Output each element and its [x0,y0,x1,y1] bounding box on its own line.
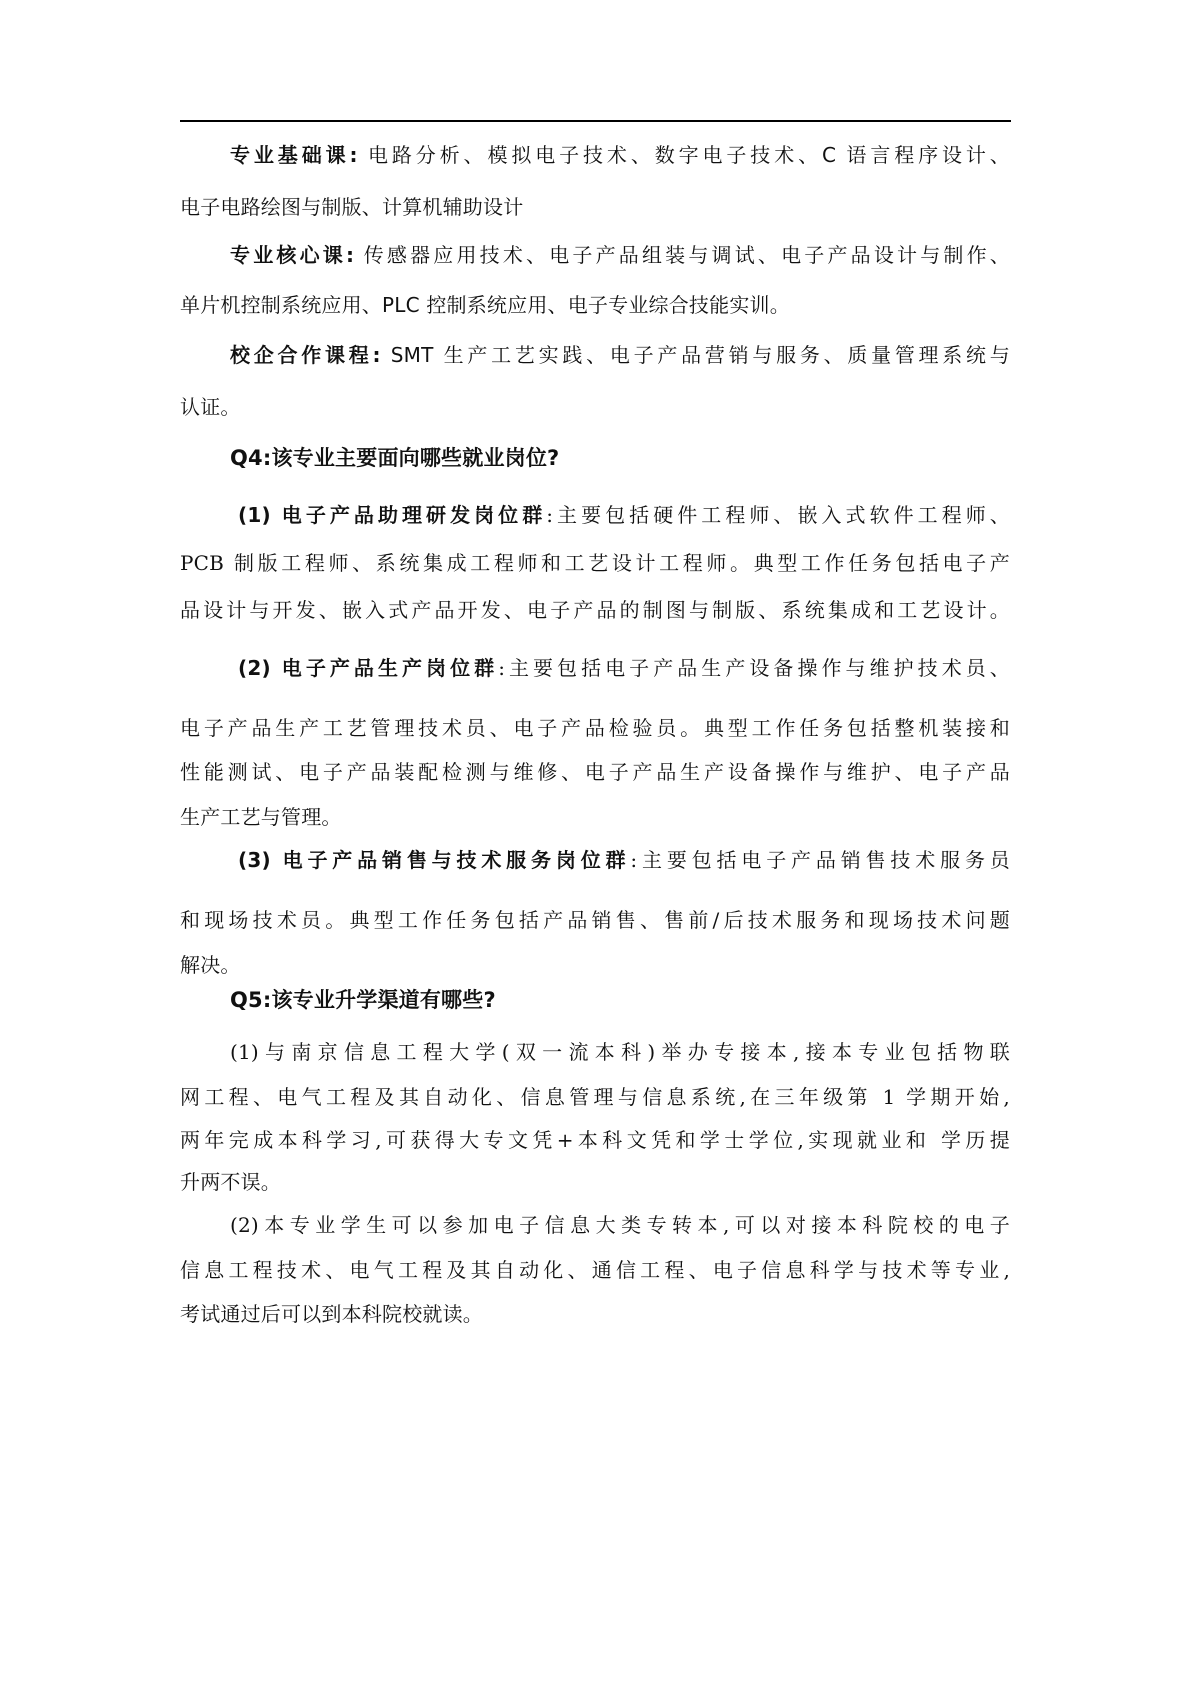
q5-item-1-line-4: 升两不误。 [180,1168,1010,1196]
cooperation-courses-label: 校企合作课程: [230,343,381,367]
q5-item-1-line-1: (1)与南京信息工程大学(双一流本科)举办专接本,接本专业包括物联 [180,1038,1010,1066]
q4-item-2-line-4: 生产工艺与管理。 [180,803,1010,831]
q4-item-3-line-3: 解决。 [180,951,1010,979]
q4-item-1-text: :主要包括硬件工程师、嵌入式软件工程师、 [546,503,1010,527]
document-page: 专业基础课: 电路分析、模拟电子技术、数字电子技术、C 语言程序设计、 电子电路… [0,0,1191,1684]
cooperation-courses-line-1: 校企合作课程: SMT 生产工艺实践、电子产品营销与服务、质量管理系统与 [180,341,1010,369]
q4-item-1-line-3: 品设计与开发、嵌入式产品开发、电子产品的制图与制版、系统集成和工艺设计。 [180,596,1010,624]
core-courses-text: 传感器应用技术、电子产品组装与调试、电子产品设计与制作、 [364,243,1010,267]
foundation-courses-text: 电路分析、模拟电子技术、数字电子技术、C 语言程序设计、 [368,143,1010,167]
header-rule [180,120,1011,122]
q5-heading: Q5:该专业升学渠道有哪些? [180,986,1010,1014]
cooperation-courses-line-2: 认证。 [180,393,1010,421]
q4-item-2-line-2: 电子产品生产工艺管理技术员、电子产品检验员。典型工作任务包括整机装接和 [180,714,1010,742]
q5-item-1-line-3: 两年完成本科学习,可获得大专文凭+本科文凭和学士学位,实现就业和 学历提 [180,1126,1010,1154]
q5-item-2-line-3: 考试通过后可以到本科院校就读。 [180,1300,1010,1328]
q4-item-1-line-1: (1) 电子产品助理研发岗位群:主要包括硬件工程师、嵌入式软件工程师、 [180,501,1010,529]
q4-item-2-label: (2) 电子产品生产岗位群 [238,656,498,680]
q5-item-2-line-2: 信息工程技术、电气工程及其自动化、通信工程、电子信息科学与技术等专业, [180,1256,1010,1284]
q5-item-1-line-2: 网工程、电气工程及其自动化、信息管理与信息系统,在三年级第 1 学期开始, [180,1083,1010,1111]
core-courses-label: 专业核心课: [230,243,354,267]
q5-item-2-line-1: (2)本专业学生可以参加电子信息大类专转本,可以对接本科院校的电子 [180,1211,1010,1239]
q4-item-3-line-2: 和现场技术员。典型工作任务包括产品销售、售前/后技术服务和现场技术问题 [180,906,1010,934]
core-courses-line-2: 单片机控制系统应用、PLC 控制系统应用、电子专业综合技能实训。 [180,291,1010,319]
q4-item-2-line-1: (2) 电子产品生产岗位群:主要包括电子产品生产设备操作与维护技术员、 [180,654,1010,682]
q4-item-3-text: :主要包括电子产品销售技术服务员 [630,848,1010,872]
foundation-courses-label: 专业基础课: [230,143,358,167]
q4-item-3-label: (3) 电子产品销售与技术服务岗位群 [238,848,630,872]
core-courses-line-1: 专业核心课: 传感器应用技术、电子产品组装与调试、电子产品设计与制作、 [180,241,1010,269]
foundation-courses-line-2: 电子电路绘图与制版、计算机辅助设计 [180,193,1010,221]
q4-item-3-line-1: (3) 电子产品销售与技术服务岗位群:主要包括电子产品销售技术服务员 [180,846,1010,874]
q4-item-1-line-2: PCB 制版工程师、系统集成工程师和工艺设计工程师。典型工作任务包括电子产 [180,549,1010,577]
q4-heading: Q4:该专业主要面向哪些就业岗位? [180,444,1010,472]
q4-item-2-line-3: 性能测试、电子产品装配检测与维修、电子产品生产设备操作与维护、电子产品 [180,758,1010,786]
cooperation-courses-text: SMT 生产工艺实践、电子产品营销与服务、质量管理系统与 [391,343,1010,367]
q4-item-2-text: :主要包括电子产品生产设备操作与维护技术员、 [498,656,1010,680]
q4-item-1-label: (1) 电子产品助理研发岗位群 [238,503,546,527]
foundation-courses-line-1: 专业基础课: 电路分析、模拟电子技术、数字电子技术、C 语言程序设计、 [180,141,1010,169]
